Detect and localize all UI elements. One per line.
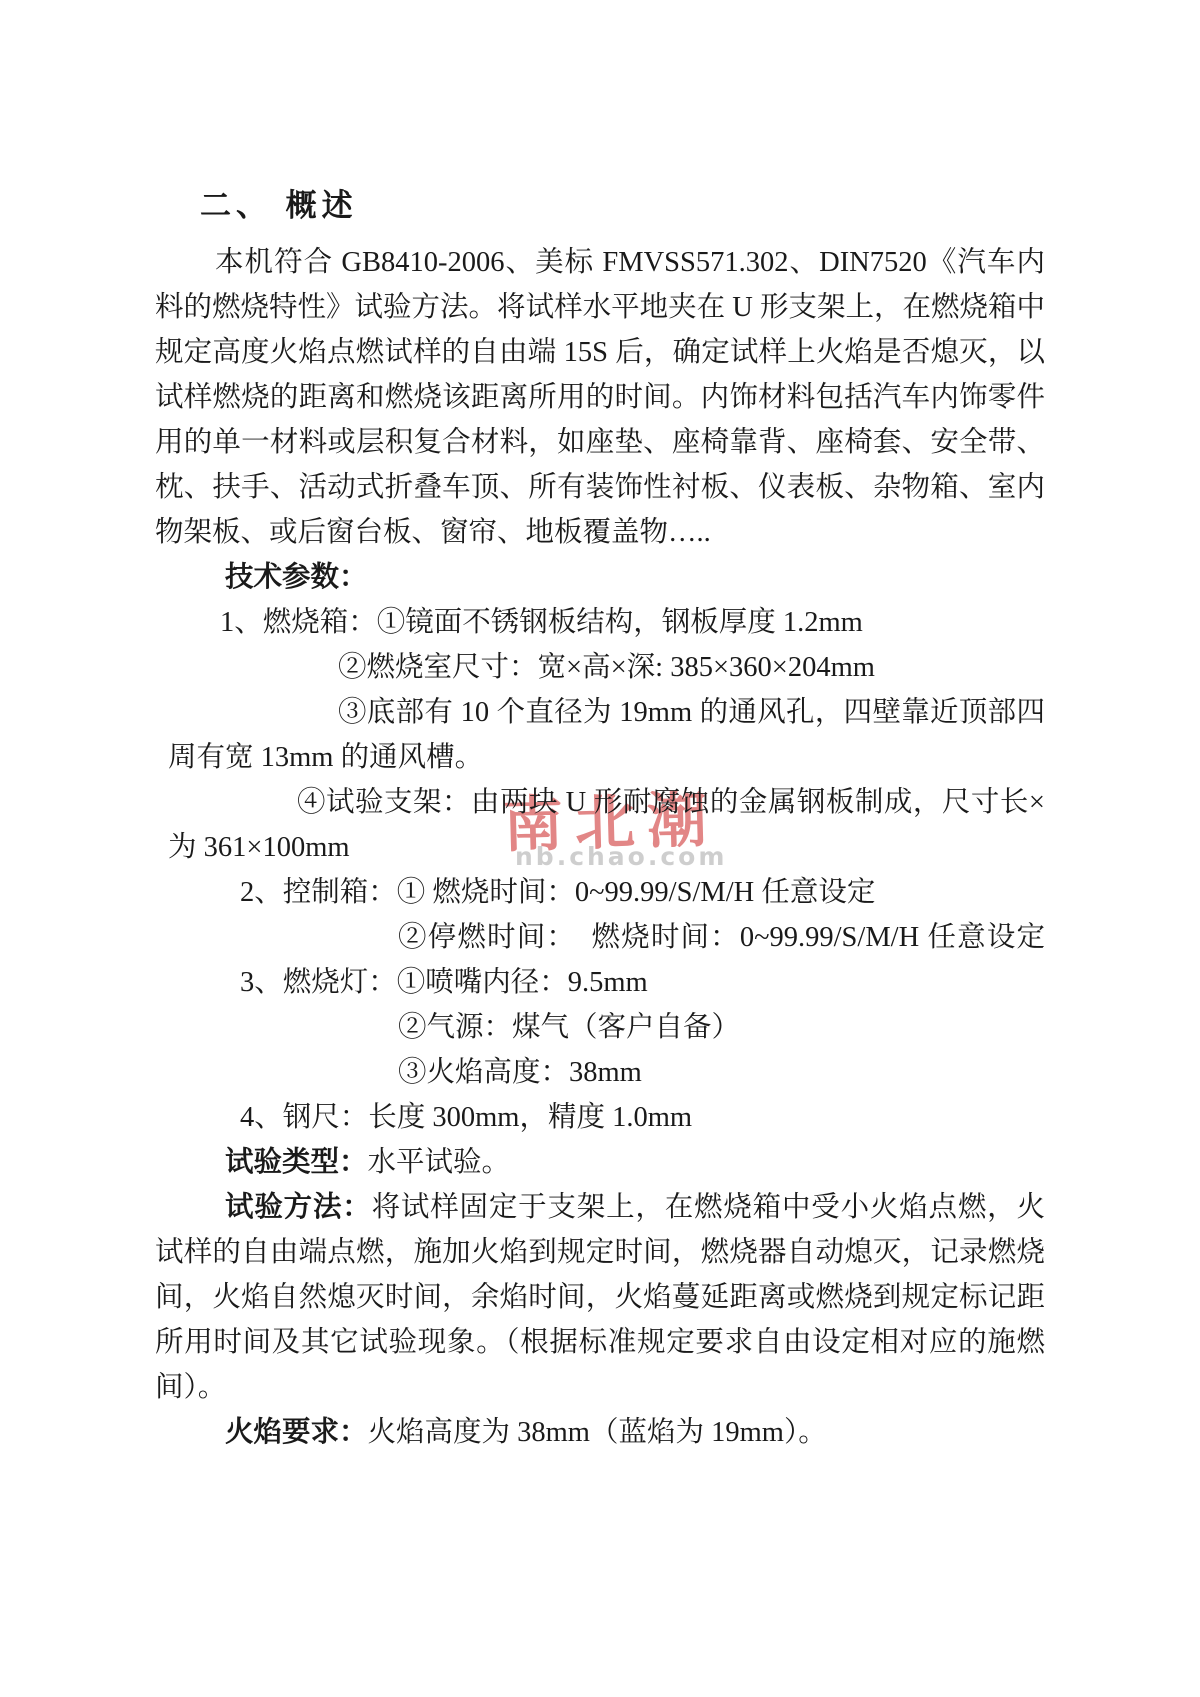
intro-line: 物架板、或后窗台板、窗帘、地板覆盖物…..: [155, 510, 1045, 555]
spec-line-combustion-box: 1、燃烧箱：①镜面不锈钢板结构，钢板厚度 1.2mm: [220, 600, 1045, 645]
section-heading: 二、 概述: [200, 183, 1045, 228]
test-method-line: 所用时间及其它试验现象。（根据标准规定要求自由设定相对应的施燃时: [155, 1320, 1045, 1365]
flame-requirement-value: 火焰高度为 38mm（蓝焰为 19mm）。: [368, 1417, 827, 1448]
document-page: 南北潮 nb.chao.com 二、 概述 本机符合 GB8410-2006、美…: [0, 0, 1200, 1697]
intro-line: 料的燃烧特性》试验方法。将试样水平地夹在 U 形支架上，在燃烧箱中用: [155, 285, 1045, 330]
flame-requirement-label: 火焰要求：: [225, 1416, 368, 1448]
spec-line-bracket-size: 为 361×100mm: [168, 825, 1045, 870]
intro-line: 枕、扶手、活动式折叠车顶、所有装饰性衬板、仪表板、杂物箱、室内货: [155, 465, 1045, 510]
test-type-line: 试验类型：水平试验。: [225, 1140, 1045, 1185]
intro-line: 用的单一材料或层积复合材料，如座垫、座椅靠背、座椅套、安全带、头: [155, 420, 1045, 465]
test-type-value: 水平试验。: [368, 1147, 511, 1178]
test-method-line: 间）。: [155, 1365, 1045, 1410]
spec-line-control-box: 2、控制箱：① 燃烧时间：0~99.99/S/M/H 任意设定: [240, 870, 1045, 915]
spec-line-stop-time: ②停燃时间： 燃烧时间：0~99.99/S/M/H 任意设定: [398, 915, 1045, 960]
document-content: 二、 概述 本机符合 GB8410-2006、美标 FMVSS571.302、D…: [155, 183, 1045, 1455]
spec-line-steel-ruler: 4、钢尺：长度 300mm，精度 1.0mm: [240, 1095, 1045, 1140]
test-method-line: 间，火焰自然熄灭时间，余焰时间，火焰蔓延距离或燃烧到规定标记距离: [155, 1275, 1045, 1320]
spec-line-vent-slot: 周有宽 13mm 的通风槽。: [168, 735, 1045, 780]
intro-line: 规定高度火焰点燃试样的自由端 15S 后，确定试样上火焰是否熄灭，以及: [155, 330, 1045, 375]
test-type-label: 试验类型：: [225, 1146, 368, 1178]
intro-line: 试样燃烧的距离和燃烧该距离所用的时间。内饰材料包括汽车内饰零件所: [155, 375, 1045, 420]
spec-line-test-bracket: ④试验支架：由两块 U 形耐腐蚀的金属钢板制成，尺寸长×宽: [297, 780, 1045, 825]
spec-line-gas-source: ②气源：煤气（客户自备）: [398, 1005, 1045, 1050]
spec-line-burner-lamp: 3、燃烧灯：①喷嘴内径：9.5mm: [240, 960, 1045, 1005]
test-method-label: 试验方法：: [225, 1191, 372, 1223]
spec-line-chamber-size: ②燃烧室尺寸：宽×高×深: 385×360×204mm: [338, 645, 1045, 690]
spec-line-vent-holes: ③底部有 10 个直径为 19mm 的通风孔，四壁靠近顶部四: [338, 690, 1045, 735]
test-method-line: 试验方法：将试样固定于支架上，在燃烧箱中受小火焰点燃，火焰在: [225, 1185, 1045, 1230]
intro-line: 本机符合 GB8410-2006、美标 FMVSS571.302、DIN7520…: [155, 240, 1045, 285]
spec-line-flame-height: ③火焰高度：38mm: [398, 1050, 1045, 1095]
tech-params-label: 技术参数：: [225, 555, 1045, 600]
test-method-line: 试样的自由端点燃，施加火焰到规定时间，燃烧器自动熄灭，记录燃烧时: [155, 1230, 1045, 1275]
flame-requirement-line: 火焰要求：火焰高度为 38mm（蓝焰为 19mm）。: [225, 1410, 1045, 1455]
